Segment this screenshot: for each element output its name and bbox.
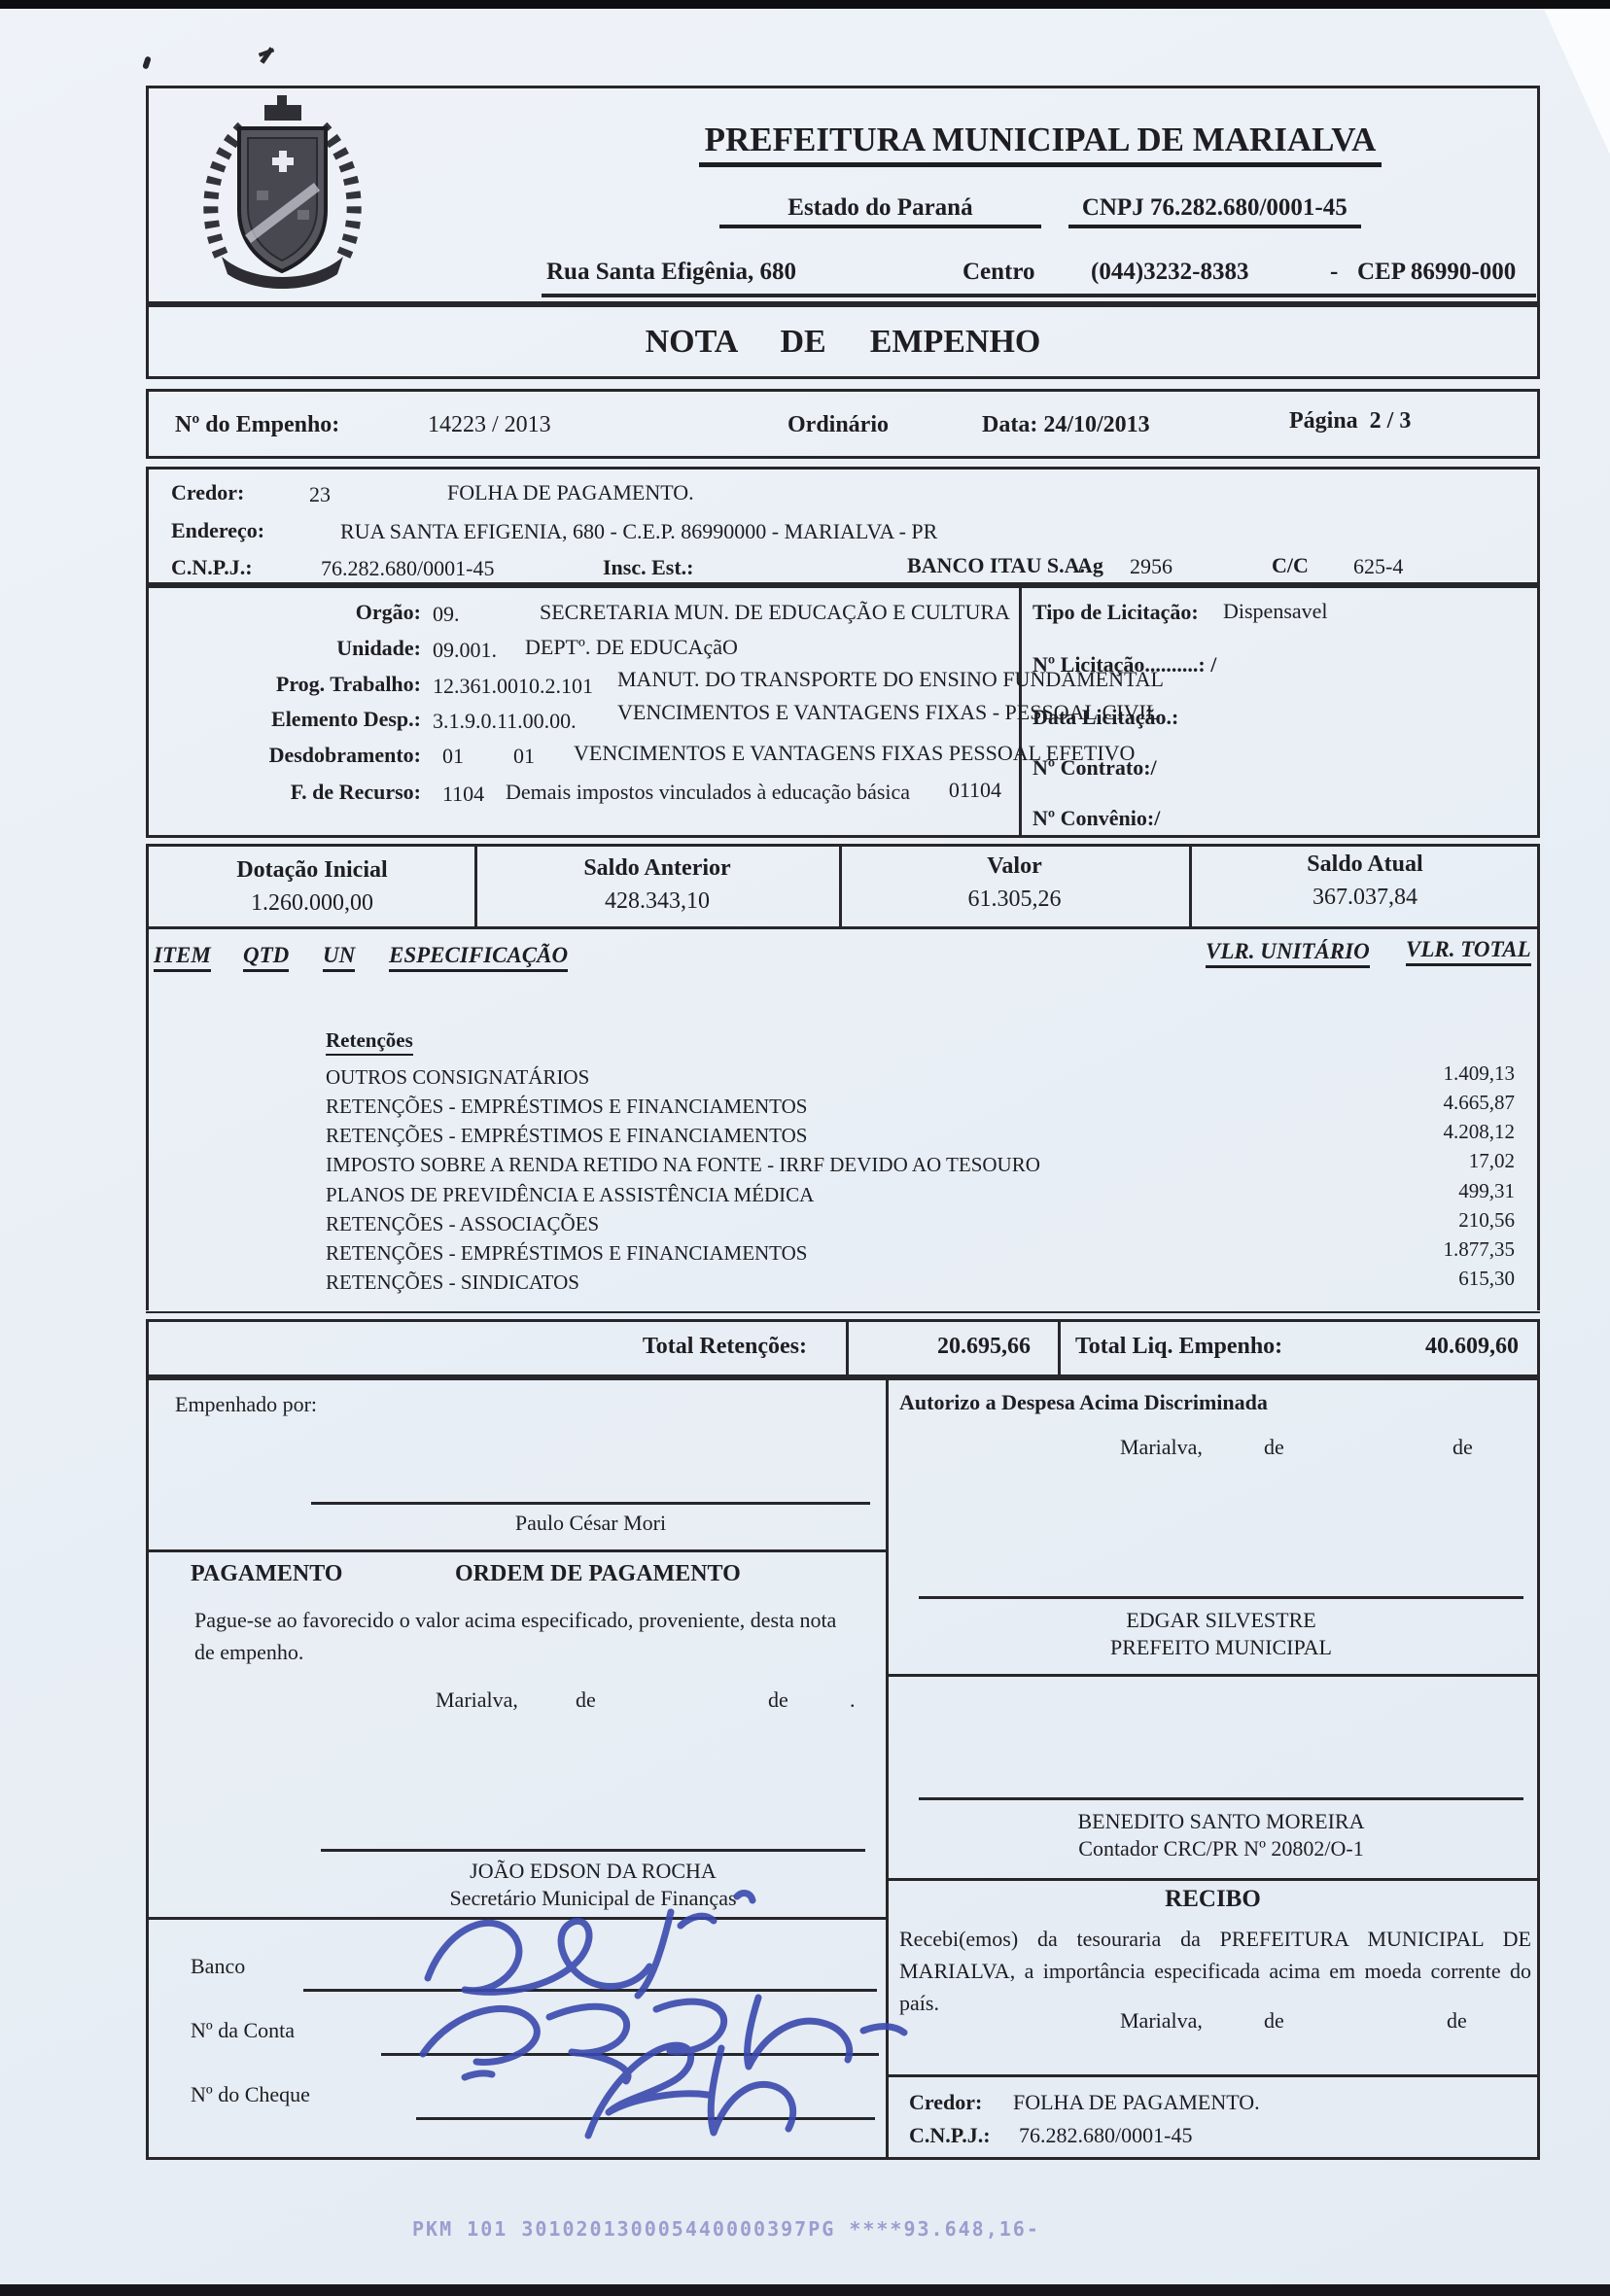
retencao-desc: PLANOS DE PREVIDÊNCIA E ASSISTÊNCIA MÉDI…	[326, 1183, 814, 1206]
num-convenio-label: Nº Convênio:/	[1032, 806, 1160, 830]
fonte-recurso-label: F. de Recurso:	[146, 780, 421, 804]
total-retencoes-value: 20.695,66	[875, 1334, 1031, 1361]
scan-bottom-edge	[0, 2284, 1610, 2296]
unidade-code: 09.001.	[433, 638, 497, 662]
insc-est-label: Insc. Est.:	[603, 555, 694, 579]
prefeito-role: PREFEITO MUNICIPAL	[919, 1635, 1523, 1659]
empenhado-signer-name: Paulo César Mori	[311, 1511, 870, 1535]
prog-trabalho-code: 12.361.0010.2.101	[433, 674, 593, 698]
retencao-value: 499,31	[1303, 1179, 1515, 1202]
saldo-anterior-value: 428.343,10	[481, 888, 833, 916]
recibo-cnpj-label: C.N.P.J.:	[909, 2123, 991, 2147]
retencao-desc: RETENÇÕES - EMPRÉSTIMOS E FINANCIAMENTOS	[326, 1241, 807, 1265]
saldo-anterior-label: Saldo Anterior	[481, 855, 833, 883]
fonte-recurso-extra: 01104	[924, 778, 1001, 802]
totals-divider-2	[1058, 1322, 1061, 1374]
banco-name: BANCO ITAU S.A.	[907, 553, 1085, 577]
pagamento-text: Pague-se ao favorecido o valor acima esp…	[194, 1604, 848, 1668]
city-coat-of-arms-logo	[183, 93, 382, 293]
retencao-desc: RETENÇÕES - ASSOCIAÇÕES	[326, 1212, 599, 1235]
pagamento-dot: .	[850, 1687, 856, 1712]
page-indicator: Página 2 / 3	[1289, 408, 1411, 435]
valor-label: Valor	[846, 853, 1183, 881]
recibo-de2: de	[1447, 2008, 1467, 2033]
scan-top-edge	[0, 0, 1610, 9]
handwritten-ink-signatures	[350, 1871, 972, 2163]
scan-speck	[142, 55, 152, 69]
dot-matrix-processing-line: PKM 101 301020130005440000397PG ****93.6…	[412, 2218, 1040, 2241]
dotacao-inicial-label: Dotação Inicial	[156, 857, 469, 885]
empenhado-por-label: Empenhado por:	[175, 1392, 317, 1416]
pagamento-de2: de	[768, 1687, 788, 1712]
scanned-document-page: PREFEITURA MUNICIPAL DE MARIALVA Estado …	[0, 0, 1610, 2296]
credor-code: 23	[309, 482, 331, 506]
recibo-credor-value: FOLHA DE PAGAMENTO.	[1013, 2090, 1260, 2114]
num-licitacao-label: Nº Licitação..........: /	[1032, 652, 1216, 677]
header-phone: (044)3232-8383	[1091, 259, 1248, 287]
banco-handwriting	[428, 1894, 752, 1996]
cnpj-field-value: 76.282.680/0001-45	[321, 556, 494, 580]
prefeito-signature-line	[919, 1596, 1523, 1599]
retencoes-title: Retenções	[326, 1028, 413, 1052]
owner-title-text: PREFEITURA MUNICIPAL DE MARIALVA	[699, 121, 1382, 167]
empenhado-bottom-border	[149, 1549, 886, 1552]
totals-preline	[146, 1311, 1540, 1313]
num-contrato-label: Nº Contrato:/	[1032, 755, 1157, 780]
recibo-city: Marialva,	[1120, 2008, 1203, 2033]
conta-line-label: Nº da Conta	[191, 2018, 295, 2042]
prog-trabalho-label: Prog. Trabalho:	[146, 672, 421, 696]
state-label: Estado do Paraná	[719, 194, 1040, 228]
retencao-value: 17,02	[1303, 1149, 1515, 1172]
conta-corrente-value: 625-4	[1353, 554, 1403, 578]
pagamento-de1: de	[576, 1687, 596, 1712]
recibo-text: Recebi(emos) da tesouraria da PREFEITURA…	[899, 1923, 1531, 2019]
header-district: Centro	[962, 259, 1035, 287]
totals-divider-1	[846, 1322, 849, 1374]
dotacao-inicial-value: 1.260.000,00	[156, 890, 469, 918]
total-liq-value: 40.609,60	[1351, 1334, 1519, 1361]
agencia-label: Ag	[1077, 553, 1103, 577]
unidade-label: Unidade:	[146, 636, 421, 660]
retencao-value: 4.208,12	[1303, 1120, 1515, 1143]
tipo-licitacao-label: Tipo de Licitação:	[1032, 600, 1199, 624]
recibo-bottom-border	[889, 2074, 1537, 2077]
doc-title: NOTA DE EMPENHO	[146, 323, 1540, 361]
endereco-label: Endereço:	[171, 518, 264, 542]
banco-line-label: Banco	[191, 1954, 245, 1978]
empenho-date: Data: 24/10/2013	[982, 412, 1150, 439]
header-cep: CEP 86990-000	[1357, 259, 1516, 287]
header-line-state: Estado do Paraná CNPJ 76.282.680/0001-45	[540, 194, 1541, 223]
agencia-value: 2956	[1130, 554, 1172, 578]
contador-signature-line	[919, 1797, 1523, 1800]
unidade-desc: DEPTº. DE EDUCAçãO	[525, 635, 738, 659]
empenho-number: 14223 / 2013	[428, 412, 551, 439]
retencao-value: 4.665,87	[1303, 1091, 1515, 1114]
secretario-signature-line	[321, 1849, 865, 1852]
orgao-code: 09.	[433, 602, 460, 626]
contador-name: BENEDITO SANTO MOREIRA	[919, 1809, 1523, 1833]
endereco-value: RUA SANTA EFIGENIA, 680 - C.E.P. 8699000…	[340, 519, 937, 543]
contador-role: Contador CRC/PR Nº 20802/O-1	[919, 1836, 1523, 1861]
empenho-type: Ordinário	[787, 412, 889, 439]
data-licitacao-label: Data Licitação.:	[1032, 705, 1178, 729]
retencao-desc: IMPOSTO SOBRE A RENDA RETIDO NA FONTE - …	[326, 1153, 1040, 1176]
retencao-value: 210,56	[1303, 1208, 1515, 1232]
saldos-divider-3	[1189, 847, 1192, 926]
saldos-divider-1	[474, 847, 477, 926]
desdobramento-label: Desdobramento:	[146, 743, 421, 767]
cheque-line-label: Nº do Cheque	[191, 2082, 310, 2106]
pagamento-city: Marialva,	[436, 1687, 518, 1712]
pagamento-title: PAGAMENTO	[191, 1561, 342, 1588]
saldos-divider-2	[839, 847, 842, 926]
ordem-pagamento-title: ORDEM DE PAGAMENTO	[455, 1561, 741, 1588]
scan-corner-fold	[1532, 9, 1610, 155]
total-liq-label: Total Liq. Empenho:	[1075, 1334, 1282, 1361]
totals-box	[146, 1319, 1540, 1377]
empenhado-signature-line	[311, 1502, 870, 1505]
valor-value: 61.305,26	[846, 887, 1183, 914]
total-retencoes-label: Total Retenções:	[486, 1334, 807, 1361]
recibo-title: RECIBO	[889, 1886, 1537, 1914]
header-address-underline	[542, 294, 1536, 297]
retencao-desc: RETENÇÕES - EMPRÉSTIMOS E FINANCIAMENTOS	[326, 1095, 807, 1118]
saldo-atual-label: Saldo Atual	[1196, 852, 1534, 879]
retencao-desc: OUTROS CONSIGNATÁRIOS	[326, 1065, 589, 1089]
retencao-value: 1.409,13	[1303, 1061, 1515, 1085]
fonte-recurso-code: 1104	[442, 782, 484, 806]
cnpj-label: CNPJ 76.282.680/0001-45	[1068, 194, 1361, 228]
elemento-desp-label: Elemento Desp.:	[146, 707, 421, 731]
document-owner-title: PREFEITURA MUNICIPAL DE MARIALVA	[540, 121, 1541, 159]
credor-label: Credor:	[171, 480, 244, 504]
retencao-desc: RETENÇÕES - SINDICATOS	[326, 1270, 579, 1294]
recibo-cnpj-value: 76.282.680/0001-45	[1019, 2123, 1192, 2147]
autorizo-city: Marialva,	[1120, 1435, 1203, 1459]
tipo-licitacao-value: Dispensavel	[1223, 599, 1328, 623]
empenho-number-label: Nº do Empenho:	[175, 412, 339, 439]
credor-name: FOLHA DE PAGAMENTO.	[447, 480, 694, 504]
autorizo-title: Autorizo a Despesa Acima Discriminada	[899, 1390, 1268, 1414]
header-street: Rua Santa Efigênia, 680	[546, 259, 796, 287]
desdobramento-code: 01	[442, 744, 464, 768]
recibo-de1: de	[1264, 2008, 1284, 2033]
cheque-handwriting	[588, 2045, 793, 2136]
saldo-atual-value: 367.037,84	[1196, 885, 1534, 912]
autorizo-bottom-border	[889, 1674, 1537, 1677]
orgao-desc: SECRETARIA MUN. DE EDUCAÇÃO E CULTURA	[540, 600, 1010, 624]
elemento-desp-code: 3.1.9.0.11.00.00.	[433, 709, 577, 733]
conta-corrente-label: C/C	[1272, 553, 1309, 577]
contador-bottom-border	[889, 1878, 1537, 1881]
autorizo-de2: de	[1452, 1435, 1473, 1459]
ink-dash	[465, 2073, 492, 2077]
retencoes-title-text: Retenções	[326, 1028, 413, 1056]
cnpj-field-label: C.N.P.J.:	[171, 555, 253, 579]
desdobramento-code2: 01	[513, 744, 535, 768]
header-dash: -	[1330, 259, 1338, 287]
retencao-desc: RETENÇÕES - EMPRÉSTIMOS E FINANCIAMENTOS	[326, 1124, 807, 1147]
retencao-value: 615,30	[1303, 1267, 1515, 1290]
retencao-value: 1.877,35	[1303, 1237, 1515, 1261]
recibo-credor-label: Credor:	[909, 2090, 982, 2114]
orgao-label: Orgão:	[146, 600, 421, 624]
fonte-recurso-desc: Demais impostos vinculados à educação bá…	[506, 780, 910, 804]
conta-handwriting	[423, 1998, 904, 2081]
autorizo-de1: de	[1264, 1435, 1284, 1459]
prefeito-name: EDGAR SILVESTRE	[919, 1608, 1523, 1632]
